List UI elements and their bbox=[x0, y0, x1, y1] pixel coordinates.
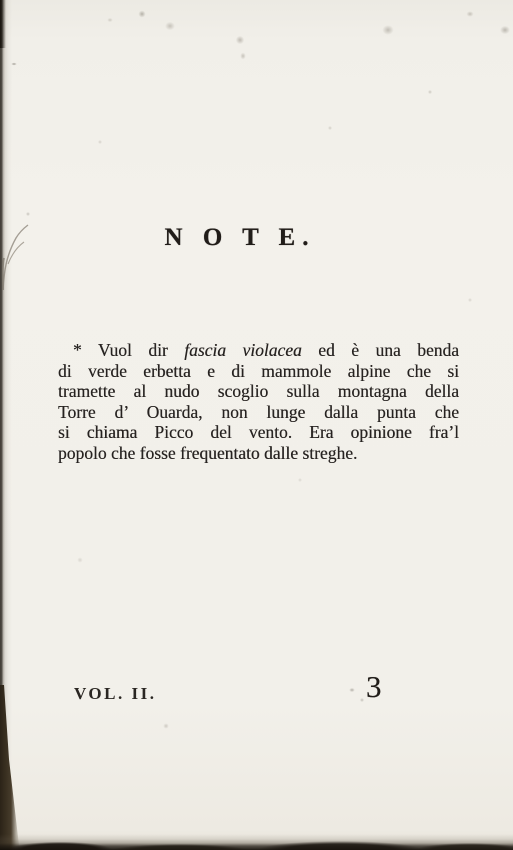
footnote-line: Torre d’ Ouarda, non lunge dalla punta c… bbox=[58, 402, 459, 423]
footnote-line: popolo che fosse frequentato dalle streg… bbox=[58, 443, 459, 464]
footnote-line: si chiama Picco del vento. Era opinione … bbox=[58, 422, 459, 443]
volume-label: VOL. II. bbox=[74, 684, 156, 704]
left-edge-bottom-wedge bbox=[0, 685, 20, 850]
footnote-line: * Vuol dir fascia violacea ed è una bend… bbox=[58, 340, 459, 361]
page-number: 3 bbox=[366, 669, 382, 705]
footnote-paragraph: * Vuol dir fascia violacea ed è una bend… bbox=[58, 340, 459, 463]
footnote-line: tramette al nudo scoglio sulla montagna … bbox=[58, 381, 459, 402]
left-edge-top-shadow bbox=[0, 0, 6, 48]
book-page: N O T E. * Vuol dir fascia violacea ed è… bbox=[0, 0, 513, 850]
left-edge-shadow bbox=[0, 0, 24, 850]
footnote-line: di verde erbetta e di mammole alpine che… bbox=[58, 361, 459, 382]
page-title: N O T E. bbox=[0, 224, 480, 252]
bottom-edge-shadow bbox=[0, 832, 513, 850]
